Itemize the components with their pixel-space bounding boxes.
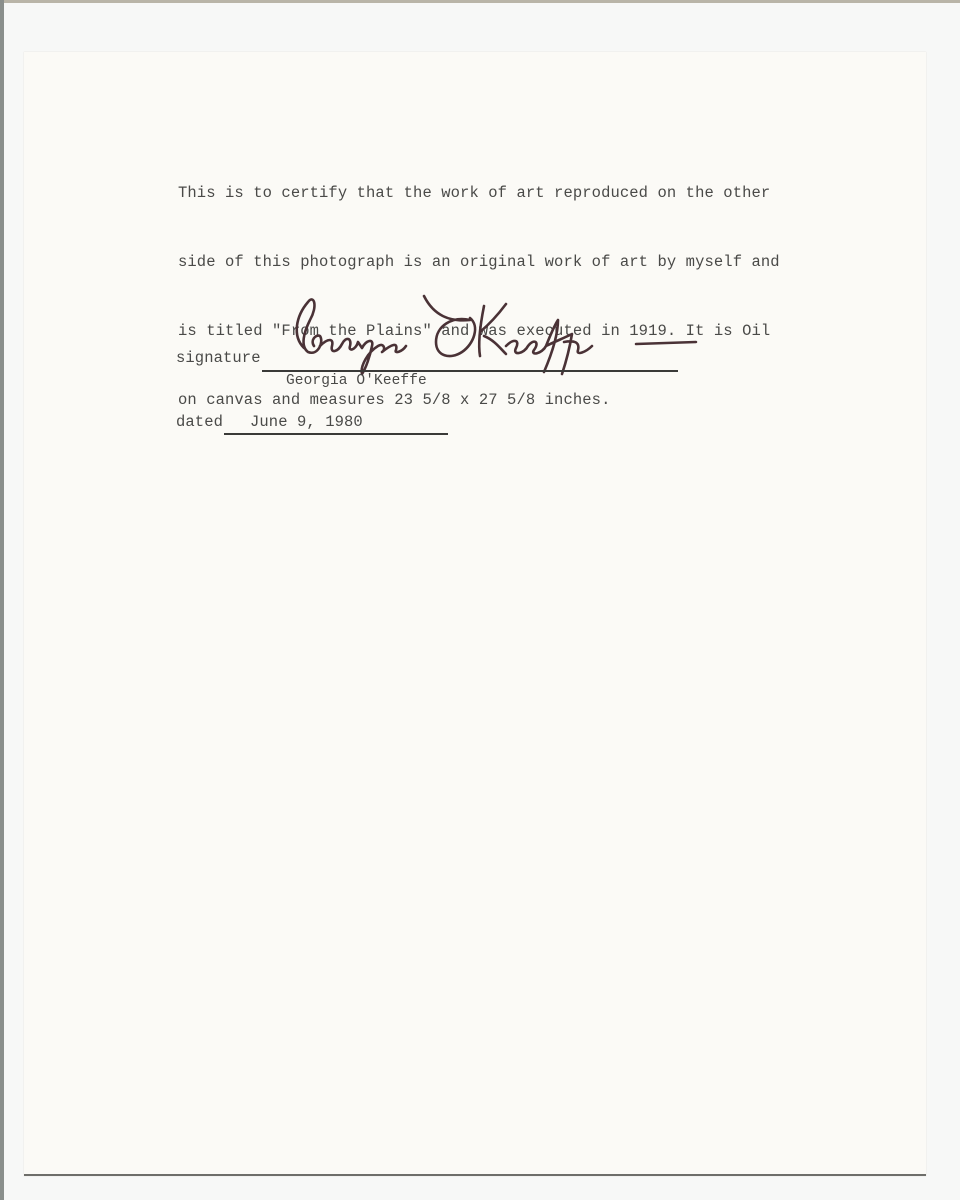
date-label: dated — [176, 411, 223, 434]
cert-line: side of this photograph is an original w… — [178, 251, 780, 274]
scan-left-edge — [0, 0, 4, 1200]
cert-line: This is to certify that the work of art … — [178, 182, 780, 205]
certificate-paper: This is to certify that the work of art … — [24, 52, 926, 1176]
typed-name: Georgia O'Keeffe — [286, 370, 427, 393]
signature-label: signature — [176, 347, 261, 370]
date-value: June 9, 1980 — [250, 411, 363, 434]
scan-top-edge — [0, 0, 960, 3]
